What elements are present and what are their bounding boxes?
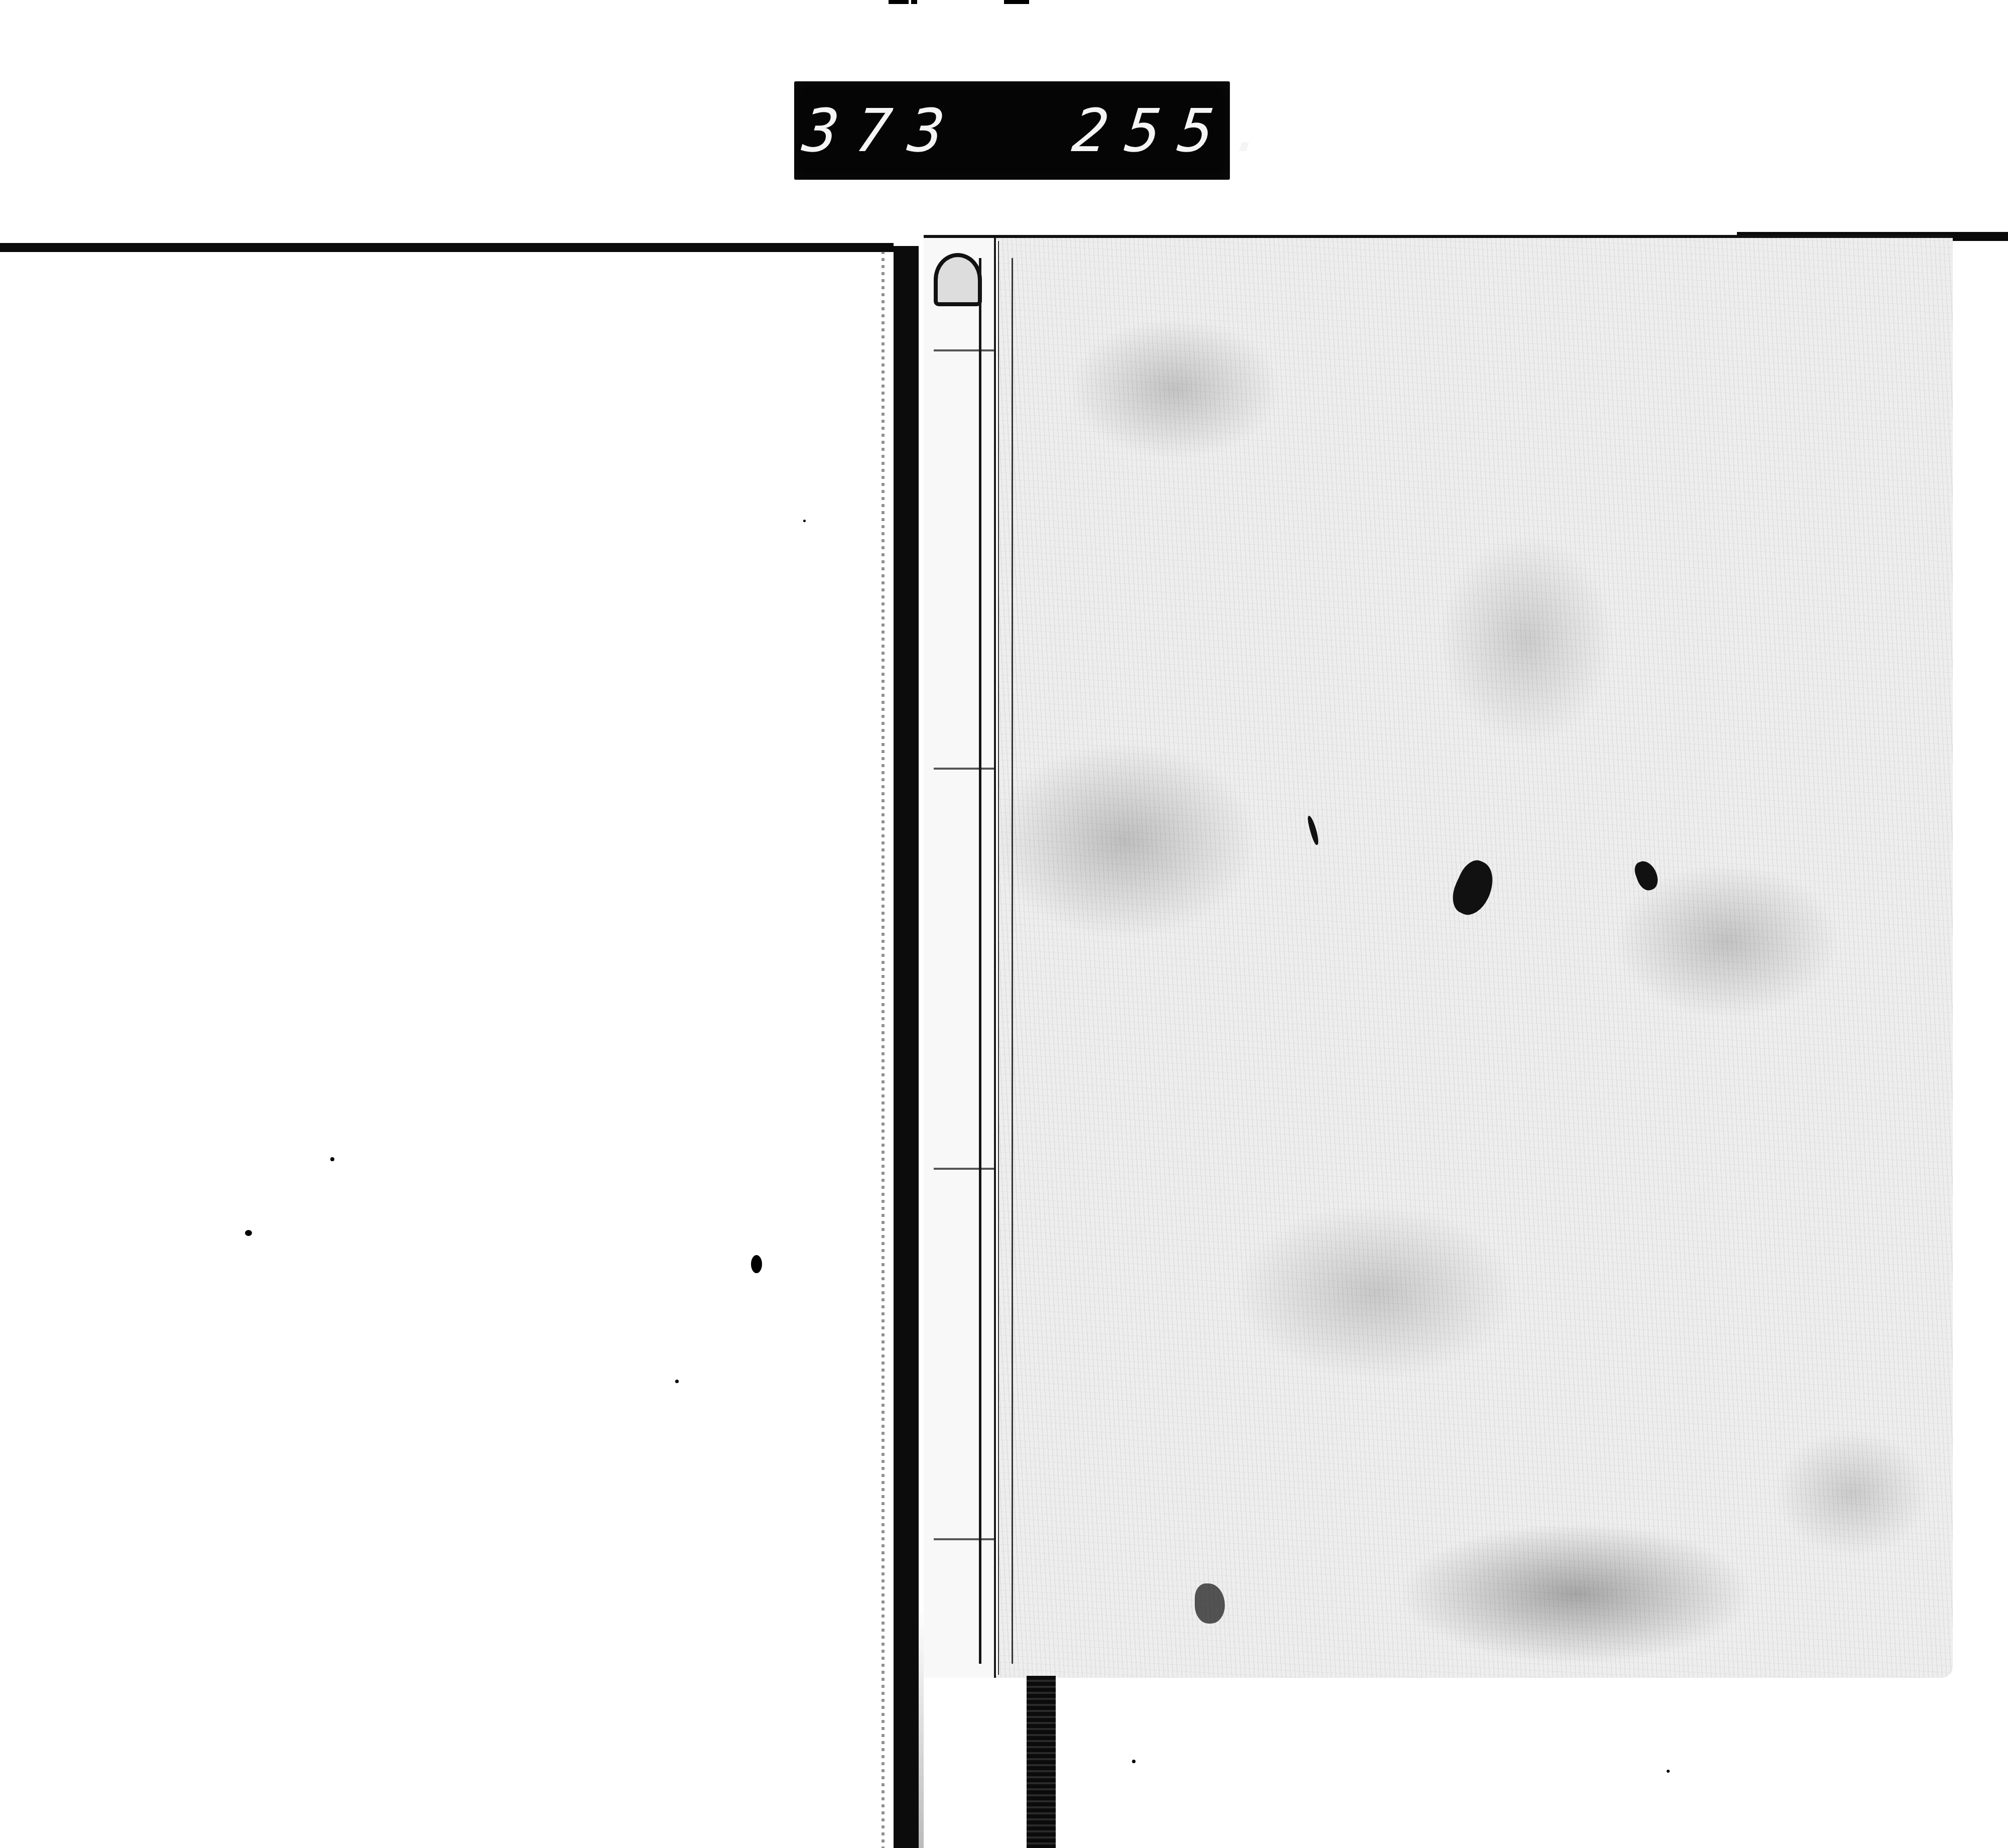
stain-blot [1446,855,1501,920]
dust-speck [1667,1770,1670,1773]
top-mark [1004,0,1029,4]
ring-tab-icon [934,253,982,306]
dust-speck [751,1255,762,1273]
dust-speck [330,1157,334,1161]
binding-line [1012,258,1013,1664]
counter-right-value: 255. [1068,81,1289,180]
spine-edge [882,251,885,1848]
stain-blot [1632,858,1661,893]
binding-strip [924,238,996,1678]
binding-stitch [934,349,994,351]
volume-cover [924,235,1953,1678]
top-mark [911,0,917,4]
lower-support-bar [1027,1676,1056,1848]
spine-sliver [919,246,924,1848]
frame-counter-display: 373 255. [794,81,1230,180]
binding-stitch [934,1538,994,1540]
top-edge-marks [889,0,1180,5]
stain-blot [1195,1583,1225,1624]
stain-blot [1306,815,1320,845]
binding-stitch [934,1168,994,1170]
binding-line [979,258,981,1664]
horizontal-rule-left [0,243,894,252]
binding-stitch [934,768,994,770]
dust-speck [675,1380,679,1383]
dust-speck [1132,1760,1136,1763]
spine-bar [894,246,919,1848]
top-mark [889,0,909,4]
counter-left-value: 373 [798,81,967,180]
dust-speck [803,520,806,522]
dust-speck [245,1230,252,1236]
